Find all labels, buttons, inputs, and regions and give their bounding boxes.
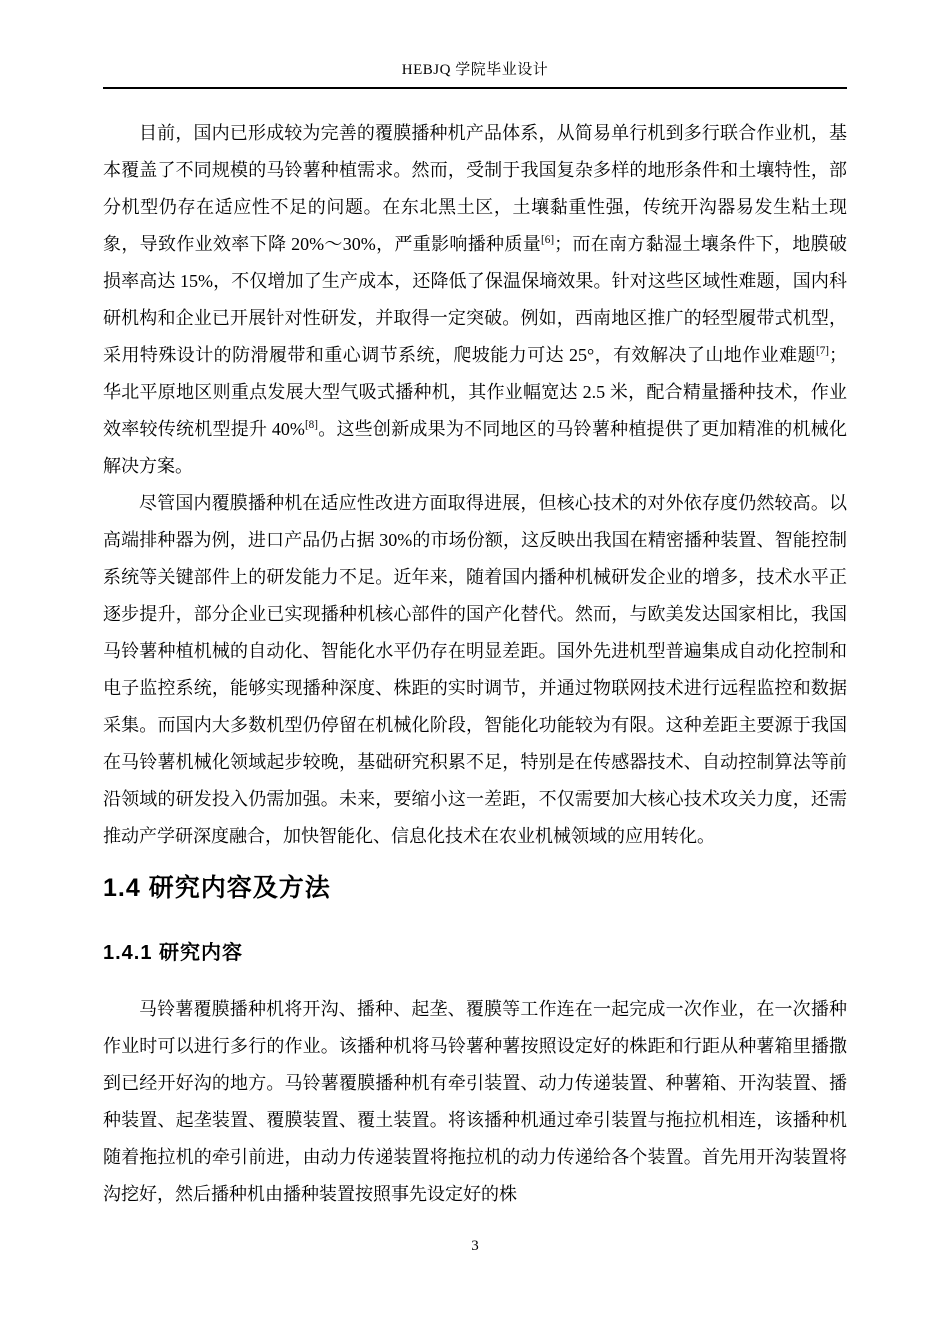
subsection-heading: 1.4.1 研究内容 (103, 939, 847, 967)
body-paragraph: 马铃薯覆膜播种机将开沟、播种、起垄、覆膜等工作连在一起完成一次作业，在一次播种作… (103, 991, 847, 1213)
body-paragraph: 尽管国内覆膜播种机在适应性改进方面取得进展，但核心技术的对外依存度仍然较高。以高… (103, 485, 847, 855)
page-header-title: HEBJQ 学院毕业设计 (402, 62, 548, 78)
document-page: HEBJQ 学院毕业设计 目前，国内已形成较为完善的覆膜播种机产品体系，从简易单… (0, 0, 950, 1344)
page-footer: 3 (0, 1238, 950, 1255)
section-heading: 1.4 研究内容及方法 (103, 871, 847, 905)
page-header: HEBJQ 学院毕业设计 (103, 0, 847, 89)
document-body: 目前，国内已形成较为完善的覆膜播种机产品体系，从简易单行机到多行联合作业机，基本… (103, 89, 847, 1213)
body-paragraph: 目前，国内已形成较为完善的覆膜播种机产品体系，从简易单行机到多行联合作业机，基本… (103, 115, 847, 485)
page-number: 3 (471, 1238, 479, 1254)
